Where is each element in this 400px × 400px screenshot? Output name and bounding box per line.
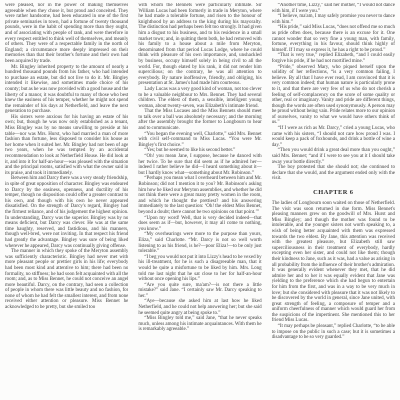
paragraph: “If I were as rich as Mr. Darcy,” cried … — [272, 126, 395, 148]
paragraph: “I beg you would not put it into Lizzy's… — [138, 255, 261, 283]
paragraph: “Then you would drink a great deal more … — [272, 148, 395, 165]
paragraph: “Another time, Lizzy,” said her mother, … — [272, 3, 395, 14]
paragraph: “Aye—because she asked him at last how h… — [138, 299, 261, 316]
paragraph: “Miss Bingley told me,” said Jane, “that… — [138, 316, 261, 333]
text-column-3: “Another time, Lizzy,” said her mother, … — [272, 3, 395, 400]
paragraph: His sisters were anxious for his having … — [5, 115, 128, 177]
paragraph: Mr. Bingley inherited property to the am… — [5, 65, 128, 115]
text-column-2: with whom the Bennets were particularly … — [138, 3, 261, 400]
paragraph: “I believe, ma'am, I may safely promise … — [272, 14, 395, 25]
chapter-heading: CHAPTER 6 — [272, 189, 395, 196]
paragraph: “Are you quite sure, ma'am?—is not there… — [138, 283, 261, 300]
paragraph: Lady Lucas was a very good kind of woman… — [138, 87, 261, 109]
paragraph: “You began the evening well, Charlotte,”… — [138, 132, 261, 149]
book-page: were pleased, nor in the power of making… — [0, 0, 400, 400]
paragraph: The manner in which they spoke of the Me… — [5, 249, 128, 311]
paragraph: The boy protested that she should not; s… — [272, 165, 395, 182]
paragraph: “Pride,” observed Mary, who piqued herse… — [272, 65, 395, 127]
paragraph: “That is very true,” replied Elizabeth, … — [272, 53, 395, 64]
paragraph: “It may perhaps be pleasant,” replied Ch… — [272, 324, 395, 341]
paragraph: “Oh! you mean Jane, I suppose, because h… — [138, 154, 261, 176]
paragraph: The ladies of Longbourn soon waited on t… — [272, 201, 395, 324]
paragraph: Between him and Darcy there was a very s… — [5, 176, 128, 249]
text-column-1: were pleased, nor in the power of making… — [5, 3, 128, 400]
paragraph: “My overhearings were more to the purpos… — [138, 232, 261, 254]
paragraph: with whom the Bennets were particularly … — [138, 3, 261, 87]
paragraph: “His pride,” said Miss Lucas, “does not … — [272, 25, 395, 53]
paragraph: That the Miss Lucases and the Miss Benne… — [138, 109, 261, 131]
paragraph: “Upon my word! Well, that is very decide… — [138, 216, 261, 233]
paragraph: were pleased, nor in the power of making… — [5, 3, 128, 65]
paragraph: “Perhaps you mean what I overheard betwe… — [138, 176, 261, 215]
